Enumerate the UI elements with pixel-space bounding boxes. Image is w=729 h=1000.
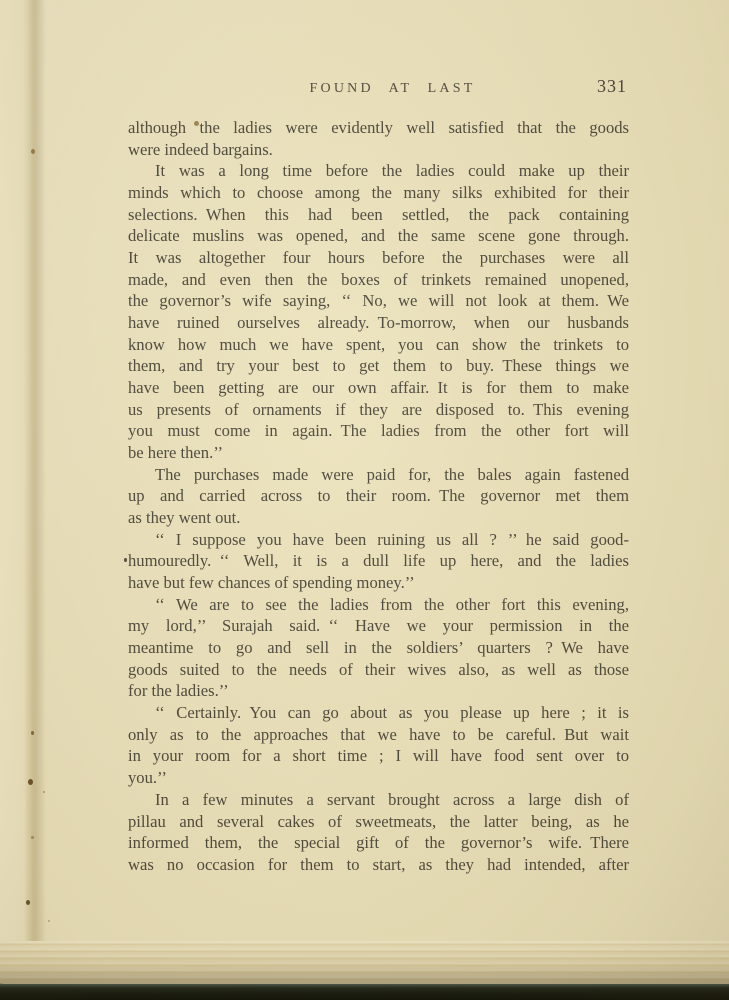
foxing-speck	[31, 149, 35, 154]
text-line: for the ladies.’’	[128, 680, 629, 702]
text-line: goods suited to the needs of their wives…	[128, 659, 629, 681]
text-line: delicate muslins was opened, and the sam…	[128, 225, 629, 247]
text-line: you.’’	[128, 767, 629, 789]
text-line: my lord,’’ Surajah said. ‘‘ Have we your…	[128, 615, 629, 637]
text-line: pillau and several cakes of sweetmeats, …	[128, 811, 629, 833]
text-line: you must come in again. The ladies from …	[128, 420, 629, 442]
page-left-edge	[0, 0, 26, 1000]
text-line: selections. When this had been settled, …	[128, 204, 629, 226]
text-line: have ruined ourselves already. To-morrow…	[128, 312, 629, 334]
text-line: was no occasion for them to start, as th…	[128, 854, 629, 876]
text-line: know how much we have spent, you can sho…	[128, 334, 629, 356]
page-header: FOUND AT LAST 331	[128, 79, 629, 103]
book-page-photo: FOUND AT LAST 331 although the ladies we…	[0, 0, 729, 1000]
text-line: the governor’s wife saying, ‘‘ No, we wi…	[128, 290, 629, 312]
text-line: ‘‘ I suppose you have been ruining us al…	[128, 529, 629, 551]
text-line: The purchases made were paid for, the ba…	[128, 464, 629, 486]
text-line: In a few minutes a servant brought acros…	[128, 789, 629, 811]
text-line: be here then.’’	[128, 442, 629, 464]
text-line: humouredly. ‘‘ Well, it is a dull life u…	[128, 550, 629, 572]
text-line: them, and try your best to get them to b…	[128, 355, 629, 377]
text-line: made, and even then the boxes of trinket…	[128, 269, 629, 291]
page-edge-stripes	[0, 941, 729, 985]
foxing-speck	[43, 791, 45, 793]
text-line: up and carried across to their room. The…	[128, 485, 629, 507]
foxing-speck	[48, 920, 50, 922]
foxing-speck	[31, 731, 34, 735]
text-line: minds which to choose among the many sil…	[128, 182, 629, 204]
page-number: 331	[597, 76, 627, 97]
text-line: in your room for a short time ; I will h…	[128, 745, 629, 767]
book-cover-edge	[0, 984, 729, 1000]
text-line: have but few chances of spending money.’…	[128, 572, 629, 594]
text-line: as they went out.	[128, 507, 629, 529]
text-line: ‘‘ Certainly. You can go about as you pl…	[128, 702, 629, 724]
text-line: It was altogether four hours before the …	[128, 247, 629, 269]
gutter-crease	[24, 0, 46, 1000]
text-line: us presents of ornaments if they are dis…	[128, 399, 629, 421]
text-line: although the ladies were evidently well …	[128, 117, 629, 139]
running-head: FOUND AT LAST	[142, 81, 643, 97]
text-line: have been getting are our own affair. It…	[128, 377, 629, 399]
ink-speck	[124, 558, 127, 562]
body-text: although the ladies were evidently well …	[128, 117, 629, 876]
text-line: were indeed bargains.	[128, 139, 629, 161]
foxing-speck	[28, 779, 33, 785]
foxing-speck	[194, 121, 199, 126]
foxing-speck	[31, 836, 34, 839]
text-line: meantime to go and sell in the soldiers’…	[128, 637, 629, 659]
text-line: ‘‘ We are to see the ladies from the oth…	[128, 594, 629, 616]
foxing-speck	[26, 900, 30, 905]
text-line: informed them, the special gift of the g…	[128, 832, 629, 854]
text-line: only as to the approaches that we have t…	[128, 724, 629, 746]
text-line: It was a long time before the ladies cou…	[128, 160, 629, 182]
